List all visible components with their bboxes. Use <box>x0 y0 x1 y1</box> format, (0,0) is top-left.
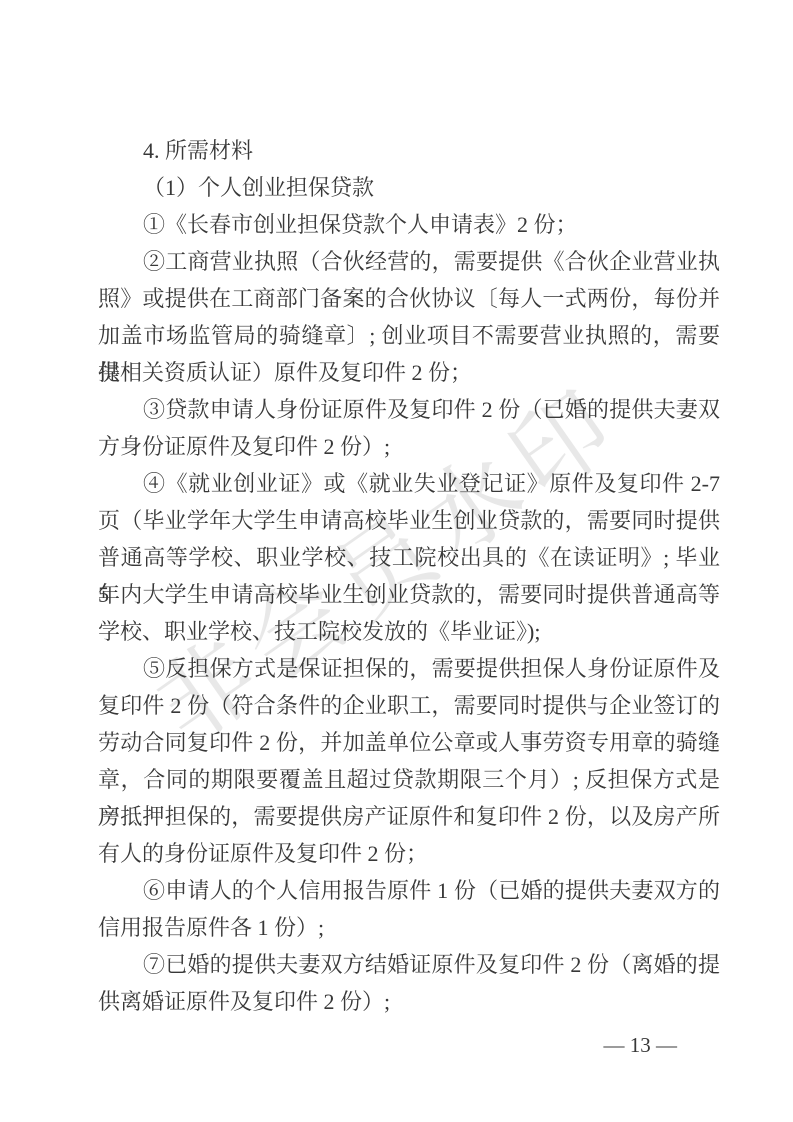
text-line: 章，合同的期限要覆盖且超过贷款期限三个月）; 反担保方式是房 <box>98 761 720 798</box>
text-line: （1）个人创业担保贷款 <box>98 169 720 206</box>
text-line: ②工商营业执照（合伙经营的，需要提供《合伙企业营业执 <box>98 243 720 280</box>
text-line: 普通高等学校、职业学校、技工院校出具的《在读证明》; 毕业 5 <box>98 539 720 576</box>
text-line: 加盖市场监管局的骑缝章〕; 创业项目不需要营业执照的，需要提 <box>98 317 720 354</box>
text-line: 照》或提供在工商部门备案的合伙协议〔每人一式两份，每份并 <box>98 280 720 317</box>
text-line: ①《长春市创业担保贷款个人申请表》2 份； <box>98 206 720 243</box>
text-line: 供相关资质认证）原件及复印件 2 份； <box>98 354 720 391</box>
text-line: 年内大学生申请高校毕业生创业贷款的，需要同时提供普通高等 <box>98 576 720 613</box>
document-body: 4. 所需材料 （1）个人创业担保贷款 ①《长春市创业担保贷款个人申请表》2 份… <box>98 132 720 1020</box>
text-line: 学校、职业学校、技工院校发放的《毕业证》); <box>98 613 720 650</box>
text-line: 产抵押担保的，需要提供房产证原件和复印件 2 份，以及房产所 <box>98 798 720 835</box>
text-line: 方身份证原件及复印件 2 份）; <box>98 428 720 465</box>
document-page: { "colors": { "page_bg": "#ffffff", "tex… <box>0 0 793 1122</box>
text-line: 有人的身份证原件及复印件 2 份； <box>98 835 720 872</box>
text-line: 信用报告原件各 1 份）; <box>98 909 720 946</box>
text-line: 供离婚证原件及复印件 2 份）; <box>98 983 720 1020</box>
text-line: ⑦已婚的提供夫妻双方结婚证原件及复印件 2 份（离婚的提 <box>98 946 720 983</box>
text-line: ③贷款申请人身份证原件及复印件 2 份（已婚的提供夫妻双 <box>98 391 720 428</box>
text-line: ⑤反担保方式是保证担保的，需要提供担保人身份证原件及 <box>98 650 720 687</box>
page-number: — 13 — <box>98 1032 677 1058</box>
text-line: 4. 所需材料 <box>98 132 720 169</box>
text-line: 页（毕业学年大学生申请高校毕业生创业贷款的，需要同时提供 <box>98 502 720 539</box>
text-line: ④《就业创业证》或《就业失业登记证》原件及复印件 2-7 <box>98 465 720 502</box>
text-line: 复印件 2 份（符合条件的企业职工，需要同时提供与企业签订的 <box>98 687 720 724</box>
text-line: ⑥申请人的个人信用报告原件 1 份（已婚的提供夫妻双方的 <box>98 872 720 909</box>
text-line: 劳动合同复印件 2 份，并加盖单位公章或人事劳资专用章的骑缝 <box>98 724 720 761</box>
